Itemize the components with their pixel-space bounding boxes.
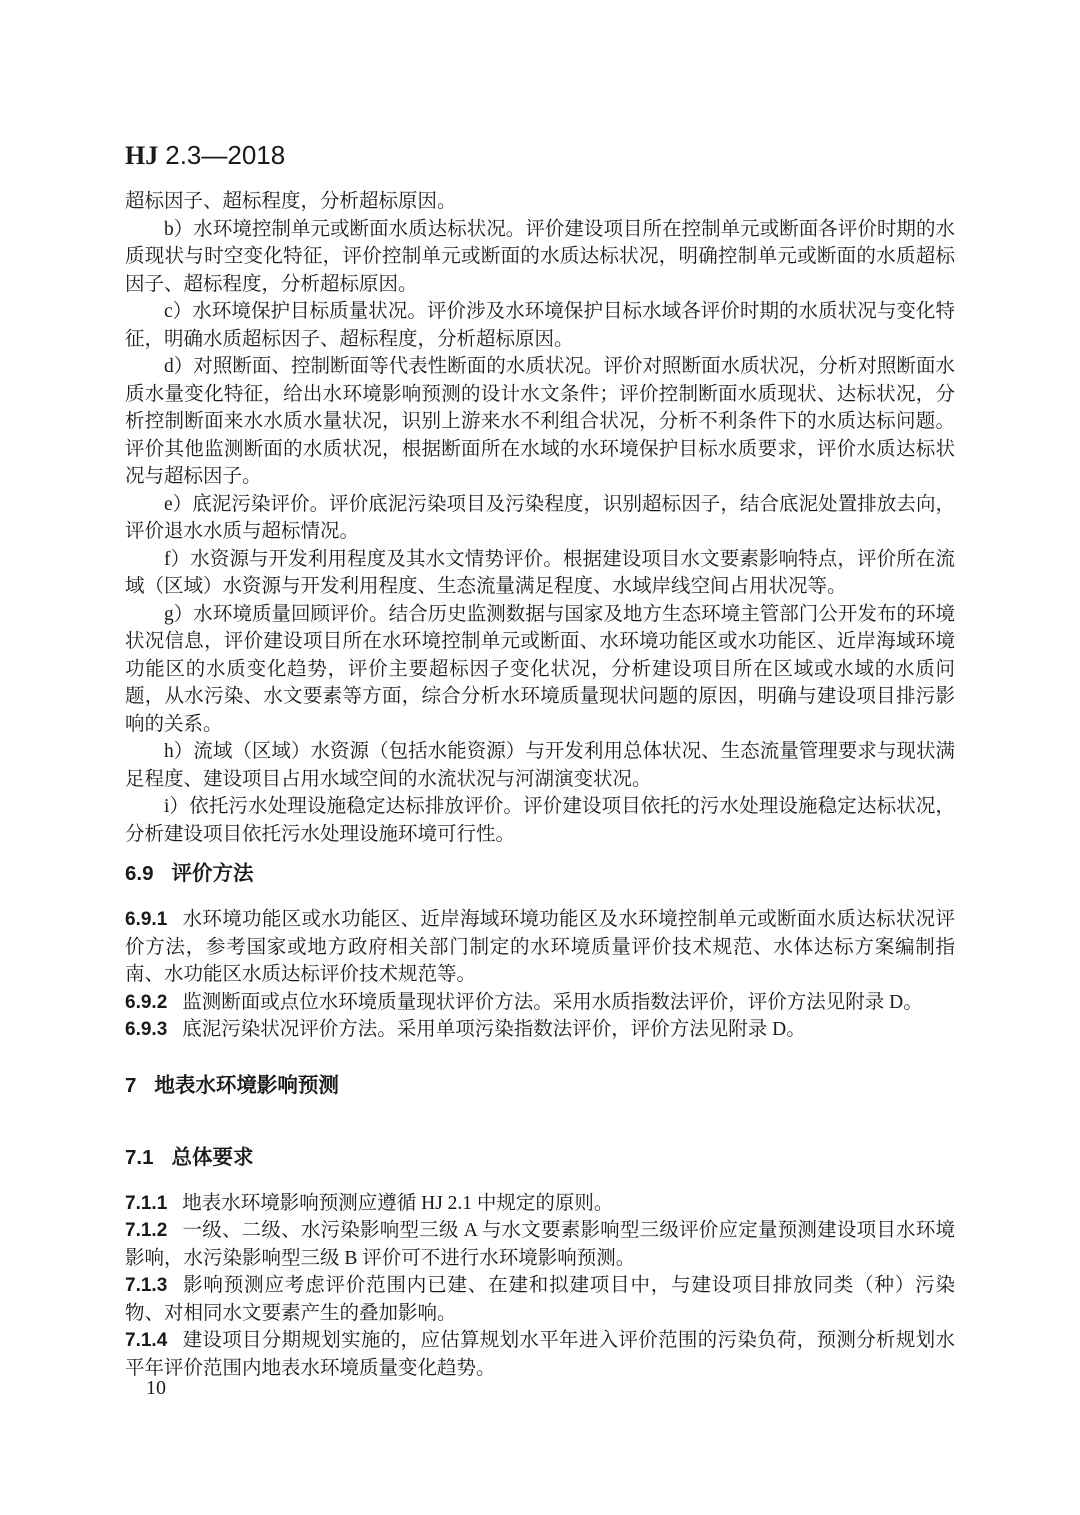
clause-text: 一级、二级、水污染影响型三级 A 与水文要素影响型三级评价应定量预测建设项目水环… <box>125 1220 955 1269</box>
clause-paragraph: 6.9.3底泥污染状况评价方法。采用单项污染指数法评价，评价方法见附录 D。 <box>125 1016 955 1044</box>
list-item-paragraph: c）水环境保护目标质量状况。评价涉及水环境保护目标水域各评价时期的水质状况与变化… <box>125 298 955 353</box>
clause-text: 底泥污染状况评价方法。采用单项污染指数法评价，评价方法见附录 D。 <box>182 1019 805 1040</box>
section-number: 7 <box>125 1074 136 1097</box>
list-item-paragraph: h）流域（区域）水资源（包括水能资源）与开发利用总体状况、生态流量管理要求与现状… <box>125 738 955 793</box>
clause-paragraph: 7.1.2一级、二级、水污染影响型三级 A 与水文要素影响型三级评价应定量预测建… <box>125 1217 955 1272</box>
clause-text: 水环境功能区或水功能区、近岸海域环境功能区及水环境控制单元或断面水质达标状况评价… <box>125 909 955 985</box>
clause-number: 7.1.1 <box>125 1193 167 1214</box>
standard-code-number: 2.3—2018 <box>165 140 285 170</box>
document-page: HJ2.3—2018 超标因子、超标程度，分析超标原因。b）水环境控制单元或断面… <box>0 0 1080 1515</box>
section-heading: 7.1总体要求 <box>125 1144 955 1172</box>
clause-number: 6.9.2 <box>125 992 167 1013</box>
list-item-paragraph: i）依托污水处理设施稳定达标排放评价。评价建设项目依托的污水处理设施稳定达标状况… <box>125 793 955 848</box>
clause-number: 7.1.3 <box>125 1275 167 1296</box>
clause-number: 6.9.1 <box>125 909 167 930</box>
list-item-paragraph: g）水环境质量回顾评价。结合历史监测数据与国家及地方生态环境主管部门公开发布的环… <box>125 601 955 739</box>
continuation-paragraph: 超标因子、超标程度，分析超标原因。 <box>125 188 955 216</box>
list-item-paragraph: d）对照断面、控制断面等代表性断面的水质状况。评价对照断面水质状况，分析对照断面… <box>125 353 955 491</box>
clause-text: 建设项目分期规划实施的，应估算规划水平年进入评价范围的污染负荷，预测分析规划水平… <box>125 1330 955 1379</box>
page-number: 10 <box>146 1376 166 1400</box>
clause-number: 7.1.2 <box>125 1220 167 1241</box>
list-item-paragraph: e）底泥污染评价。评价底泥污染项目及污染程度，识别超标因子，结合底泥处置排放去向… <box>125 491 955 546</box>
section-number: 6.9 <box>125 862 154 885</box>
clause-number: 6.9.3 <box>125 1019 167 1040</box>
clause-number: 7.1.4 <box>125 1330 167 1351</box>
clause-text: 监测断面或点位水环境质量现状评价方法。采用水质指数法评价，评价方法见附录 D。 <box>182 992 922 1013</box>
clause-text: 地表水环境影响预测应遵循 HJ 2.1 中规定的原则。 <box>182 1193 613 1214</box>
clause-paragraph: 7.1.4建设项目分期规划实施的，应估算规划水平年进入评价范围的污染负荷，预测分… <box>125 1327 955 1382</box>
section-number: 7.1 <box>125 1146 154 1169</box>
clause-paragraph: 7.1.1地表水环境影响预测应遵循 HJ 2.1 中规定的原则。 <box>125 1190 955 1218</box>
clause-paragraph: 6.9.1水环境功能区或水功能区、近岸海域环境功能区及水环境控制单元或断面水质达… <box>125 906 955 989</box>
document-body: 超标因子、超标程度，分析超标原因。b）水环境控制单元或断面水质达标状况。评价建设… <box>125 188 955 1382</box>
clause-text: 影响预测应考虑评价范围内已建、在建和拟建项目中，与建设项目排放同类（种）污染物、… <box>125 1275 955 1324</box>
list-item-paragraph: b）水环境控制单元或断面水质达标状况。评价建设项目所在控制单元或断面各评价时期的… <box>125 216 955 299</box>
clause-paragraph: 6.9.2监测断面或点位水环境质量现状评价方法。采用水质指数法评价，评价方法见附… <box>125 989 955 1017</box>
section-title: 评价方法 <box>172 862 254 885</box>
standard-code-prefix: HJ <box>125 141 158 170</box>
section-title: 总体要求 <box>172 1146 254 1169</box>
list-item-paragraph: f）水资源与开发利用程度及其水文情势评价。根据建设项目水文要素影响特点，评价所在… <box>125 546 955 601</box>
clause-paragraph: 7.1.3影响预测应考虑评价范围内已建、在建和拟建项目中，与建设项目排放同类（种… <box>125 1272 955 1327</box>
section-heading: 7地表水环境影响预测 <box>125 1072 955 1100</box>
page-header: HJ2.3—2018 <box>125 140 285 171</box>
section-heading: 6.9评价方法 <box>125 860 955 888</box>
section-title: 地表水环境影响预测 <box>154 1074 339 1097</box>
